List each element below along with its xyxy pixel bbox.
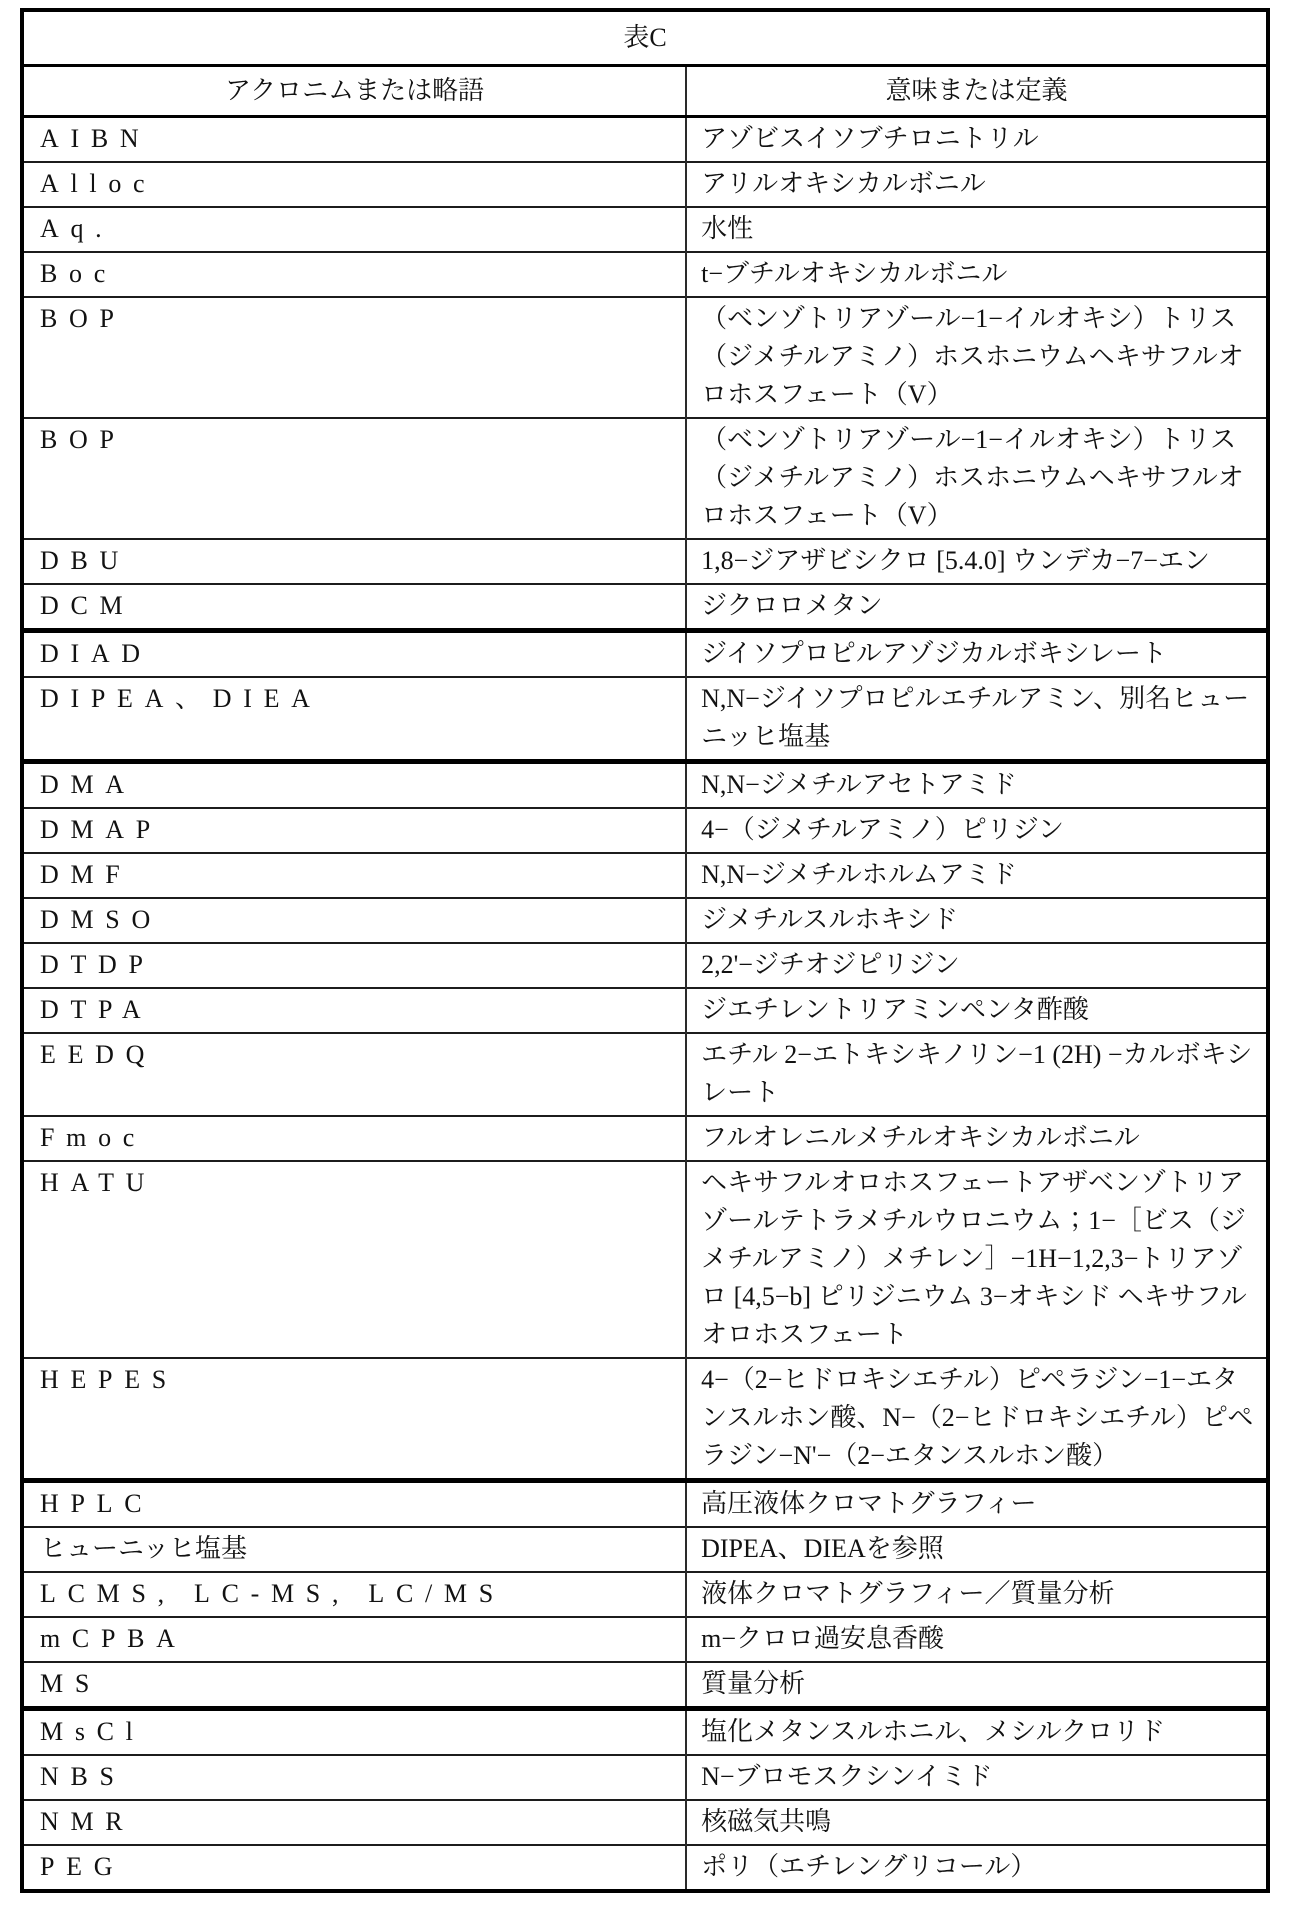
acronym-cell: DTDP [22, 943, 686, 988]
table-row: PEGポリ（エチレングリコール） [22, 1845, 1268, 1891]
column-header-acronym: アクロニムまたは略語 [22, 66, 686, 117]
table-row: BOP（ベンゾトリアゾール−1−イルオキシ）トリス（ジメチルアミノ）ホスホニウム… [22, 418, 1268, 539]
acronym-cell: ヒューニッヒ塩基 [22, 1527, 686, 1572]
table-row: AIBNアゾビスイソブチロニトリル [22, 117, 1268, 163]
table-row: mCPBAm−クロロ過安息香酸 [22, 1617, 1268, 1662]
acronym-cell: DTPA [22, 988, 686, 1033]
definition-cell: ジイソプロピルアゾジカルボキシレート [686, 631, 1268, 678]
definition-cell: N−ブロモスクシンイミド [686, 1755, 1268, 1800]
table-row: HPLC高圧液体クロマトグラフィー [22, 1481, 1268, 1528]
acronym-cell: Boc [22, 252, 686, 297]
acronym-cell: NMR [22, 1800, 686, 1845]
definition-cell: ジクロロメタン [686, 584, 1268, 631]
acronym-cell: DIAD [22, 631, 686, 678]
table-row: DCMジクロロメタン [22, 584, 1268, 631]
definition-cell: DIPEA、DIEAを参照 [686, 1527, 1268, 1572]
acronym-cell: DMSO [22, 898, 686, 943]
definition-cell: 高圧液体クロマトグラフィー [686, 1481, 1268, 1528]
definition-cell: フルオレニルメチルオキシカルボニル [686, 1116, 1268, 1161]
acronym-cell: DMA [22, 762, 686, 809]
table-row: DMSOジメチルスルホキシド [22, 898, 1268, 943]
definition-cell: エチル 2−エトキシキノリン−1 (2H) −カルボキシレート [686, 1033, 1268, 1116]
table-row: Allocアリルオキシカルボニル [22, 162, 1268, 207]
table-row: Fmocフルオレニルメチルオキシカルボニル [22, 1116, 1268, 1161]
acronym-cell: HATU [22, 1161, 686, 1358]
table-row: DTPAジエチレントリアミンペンタ酢酸 [22, 988, 1268, 1033]
acronym-cell: Fmoc [22, 1116, 686, 1161]
definition-cell: ジエチレントリアミンペンタ酢酸 [686, 988, 1268, 1033]
acronym-cell: DMF [22, 853, 686, 898]
table-row: NBSN−ブロモスクシンイミド [22, 1755, 1268, 1800]
definition-cell: （ベンゾトリアゾール−1−イルオキシ）トリス（ジメチルアミノ）ホスホニウムヘキサ… [686, 418, 1268, 539]
definition-cell: 1,8−ジアザビシクロ [5.4.0] ウンデカ−7−エン [686, 539, 1268, 584]
column-header-row: アクロニムまたは略語 意味または定義 [22, 66, 1268, 117]
definition-cell: N,N−ジメチルホルムアミド [686, 853, 1268, 898]
table-title: 表C [22, 10, 1268, 66]
table-title-row: 表C [22, 10, 1268, 66]
table-row: DIADジイソプロピルアゾジカルボキシレート [22, 631, 1268, 678]
definition-cell: ジメチルスルホキシド [686, 898, 1268, 943]
table-row: Aq.水性 [22, 207, 1268, 252]
acronym-cell: AIBN [22, 117, 686, 163]
definition-cell: m−クロロ過安息香酸 [686, 1617, 1268, 1662]
table-row: LCMS, LC-MS, LC/MS液体クロマトグラフィー／質量分析 [22, 1572, 1268, 1617]
table-body: AIBNアゾビスイソブチロニトリルAllocアリルオキシカルボニルAq.水性Bo… [22, 117, 1268, 1892]
definition-cell: 塩化メタンスルホニル、メシルクロリド [686, 1709, 1268, 1756]
table-row: EEDQエチル 2−エトキシキノリン−1 (2H) −カルボキシレート [22, 1033, 1268, 1116]
acronym-cell: Alloc [22, 162, 686, 207]
table-row: MS質量分析 [22, 1662, 1268, 1709]
definition-cell: アゾビスイソブチロニトリル [686, 117, 1268, 163]
definition-cell: N,N−ジメチルアセトアミド [686, 762, 1268, 809]
table-row: DMAN,N−ジメチルアセトアミド [22, 762, 1268, 809]
acronym-cell: MsCl [22, 1709, 686, 1756]
acronym-cell: BOP [22, 297, 686, 418]
acronym-cell: MS [22, 1662, 686, 1709]
acronym-cell: EEDQ [22, 1033, 686, 1116]
table-row: BOP（ベンゾトリアゾール−1−イルオキシ）トリス（ジメチルアミノ）ホスホニウム… [22, 297, 1268, 418]
acronym-cell: DBU [22, 539, 686, 584]
table-c: 表C アクロニムまたは略語 意味または定義 AIBNアゾビスイソブチロニトリルA… [20, 8, 1270, 1893]
acronym-cell: HPLC [22, 1481, 686, 1528]
column-header-definition: 意味または定義 [686, 66, 1268, 117]
acronym-cell: LCMS, LC-MS, LC/MS [22, 1572, 686, 1617]
acronym-cell: PEG [22, 1845, 686, 1891]
acronym-cell: Aq. [22, 207, 686, 252]
definition-cell: 4−（2−ヒドロキシエチル）ピペラジン−1−エタンスルホン酸、N−（2−ヒドロキ… [686, 1358, 1268, 1481]
table-row: HEPES4−（2−ヒドロキシエチル）ピペラジン−1−エタンスルホン酸、N−（2… [22, 1358, 1268, 1481]
definition-cell: アリルオキシカルボニル [686, 162, 1268, 207]
acronym-cell: NBS [22, 1755, 686, 1800]
acronym-cell: HEPES [22, 1358, 686, 1481]
definition-cell: t−ブチルオキシカルボニル [686, 252, 1268, 297]
table-row: MsCl塩化メタンスルホニル、メシルクロリド [22, 1709, 1268, 1756]
table-row: DTDP2,2'−ジチオジピリジン [22, 943, 1268, 988]
table-row: DMFN,N−ジメチルホルムアミド [22, 853, 1268, 898]
definition-cell: ポリ（エチレングリコール） [686, 1845, 1268, 1891]
acronym-cell: DCM [22, 584, 686, 631]
table-row: ヒューニッヒ塩基DIPEA、DIEAを参照 [22, 1527, 1268, 1572]
table-header: 表C アクロニムまたは略語 意味または定義 [22, 10, 1268, 117]
definition-cell: N,N−ジイソプロピルエチルアミン、別名ヒューニッヒ塩基 [686, 677, 1268, 762]
definition-cell: 質量分析 [686, 1662, 1268, 1709]
definition-cell: 2,2'−ジチオジピリジン [686, 943, 1268, 988]
definition-cell: 4−（ジメチルアミノ）ピリジン [686, 808, 1268, 853]
table-row: NMR核磁気共鳴 [22, 1800, 1268, 1845]
table-row: Boct−ブチルオキシカルボニル [22, 252, 1268, 297]
definition-cell: 核磁気共鳴 [686, 1800, 1268, 1845]
table-row: HATUヘキサフルオロホスフェートアザベンゾトリアゾールテトラメチルウロニウム；… [22, 1161, 1268, 1358]
table-row: DBU1,8−ジアザビシクロ [5.4.0] ウンデカ−7−エン [22, 539, 1268, 584]
definition-cell: 水性 [686, 207, 1268, 252]
table-row: DMAP4−（ジメチルアミノ）ピリジン [22, 808, 1268, 853]
table-row: DIPEA、DIEAN,N−ジイソプロピルエチルアミン、別名ヒューニッヒ塩基 [22, 677, 1268, 762]
definition-cell: （ベンゾトリアゾール−1−イルオキシ）トリス（ジメチルアミノ）ホスホニウムヘキサ… [686, 297, 1268, 418]
definition-cell: 液体クロマトグラフィー／質量分析 [686, 1572, 1268, 1617]
acronym-cell: mCPBA [22, 1617, 686, 1662]
acronym-cell: DMAP [22, 808, 686, 853]
acronym-cell: DIPEA、DIEA [22, 677, 686, 762]
acronym-cell: BOP [22, 418, 686, 539]
definition-cell: ヘキサフルオロホスフェートアザベンゾトリアゾールテトラメチルウロニウム；1−［ビ… [686, 1161, 1268, 1358]
